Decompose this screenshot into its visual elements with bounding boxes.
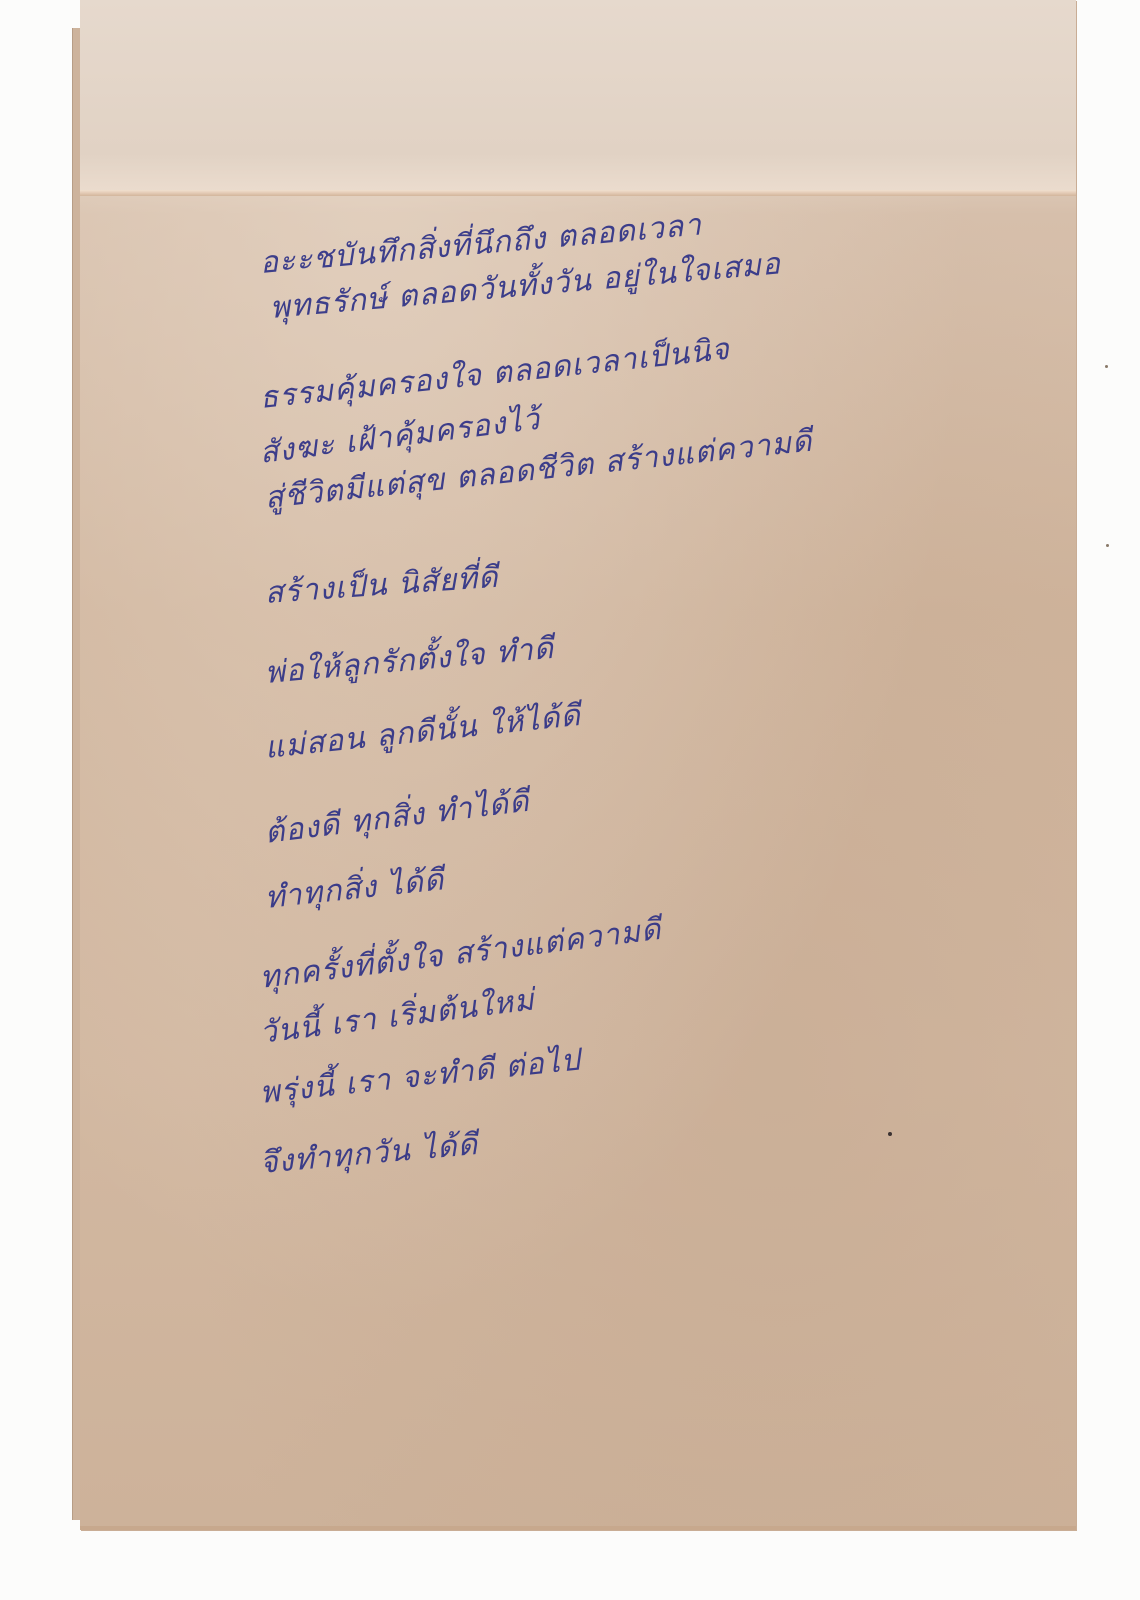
handwritten-line-6: สร้างเป็น นิสัยที่ดี	[263, 554, 500, 617]
ink-speck	[888, 1132, 892, 1136]
fold-crease	[80, 190, 1076, 196]
scan-dust-speck	[1106, 544, 1109, 547]
handwritten-line-9: ต้องดี ทุกสิ่ง ทำได้ดี	[262, 778, 532, 857]
paper-bottom-edge	[80, 1526, 1076, 1530]
handwritten-line-14: จึงทำทุกวัน ได้ดี	[258, 1121, 480, 1187]
paper-sheet: อะะชบันทึกสิ่งที่นึกถึง ตลอดเวลา พุทธรัก…	[80, 0, 1076, 1530]
folded-top-flap	[80, 0, 1076, 192]
handwritten-line-7: พ่อให้ลูกรักตั้งใจ ทำดี	[263, 625, 556, 697]
handwritten-line-8: แม่สอน ลูกดีนั้น ให้ได้ดี	[263, 692, 584, 772]
handwritten-line-10: ทำทุกสิ่ง ได้ดี	[263, 856, 447, 922]
scan-dust-speck	[1105, 365, 1108, 368]
scanned-page: อะะชบันทึกสิ่งที่นึกถึง ตลอดเวลา พุทธรัก…	[0, 0, 1140, 1600]
